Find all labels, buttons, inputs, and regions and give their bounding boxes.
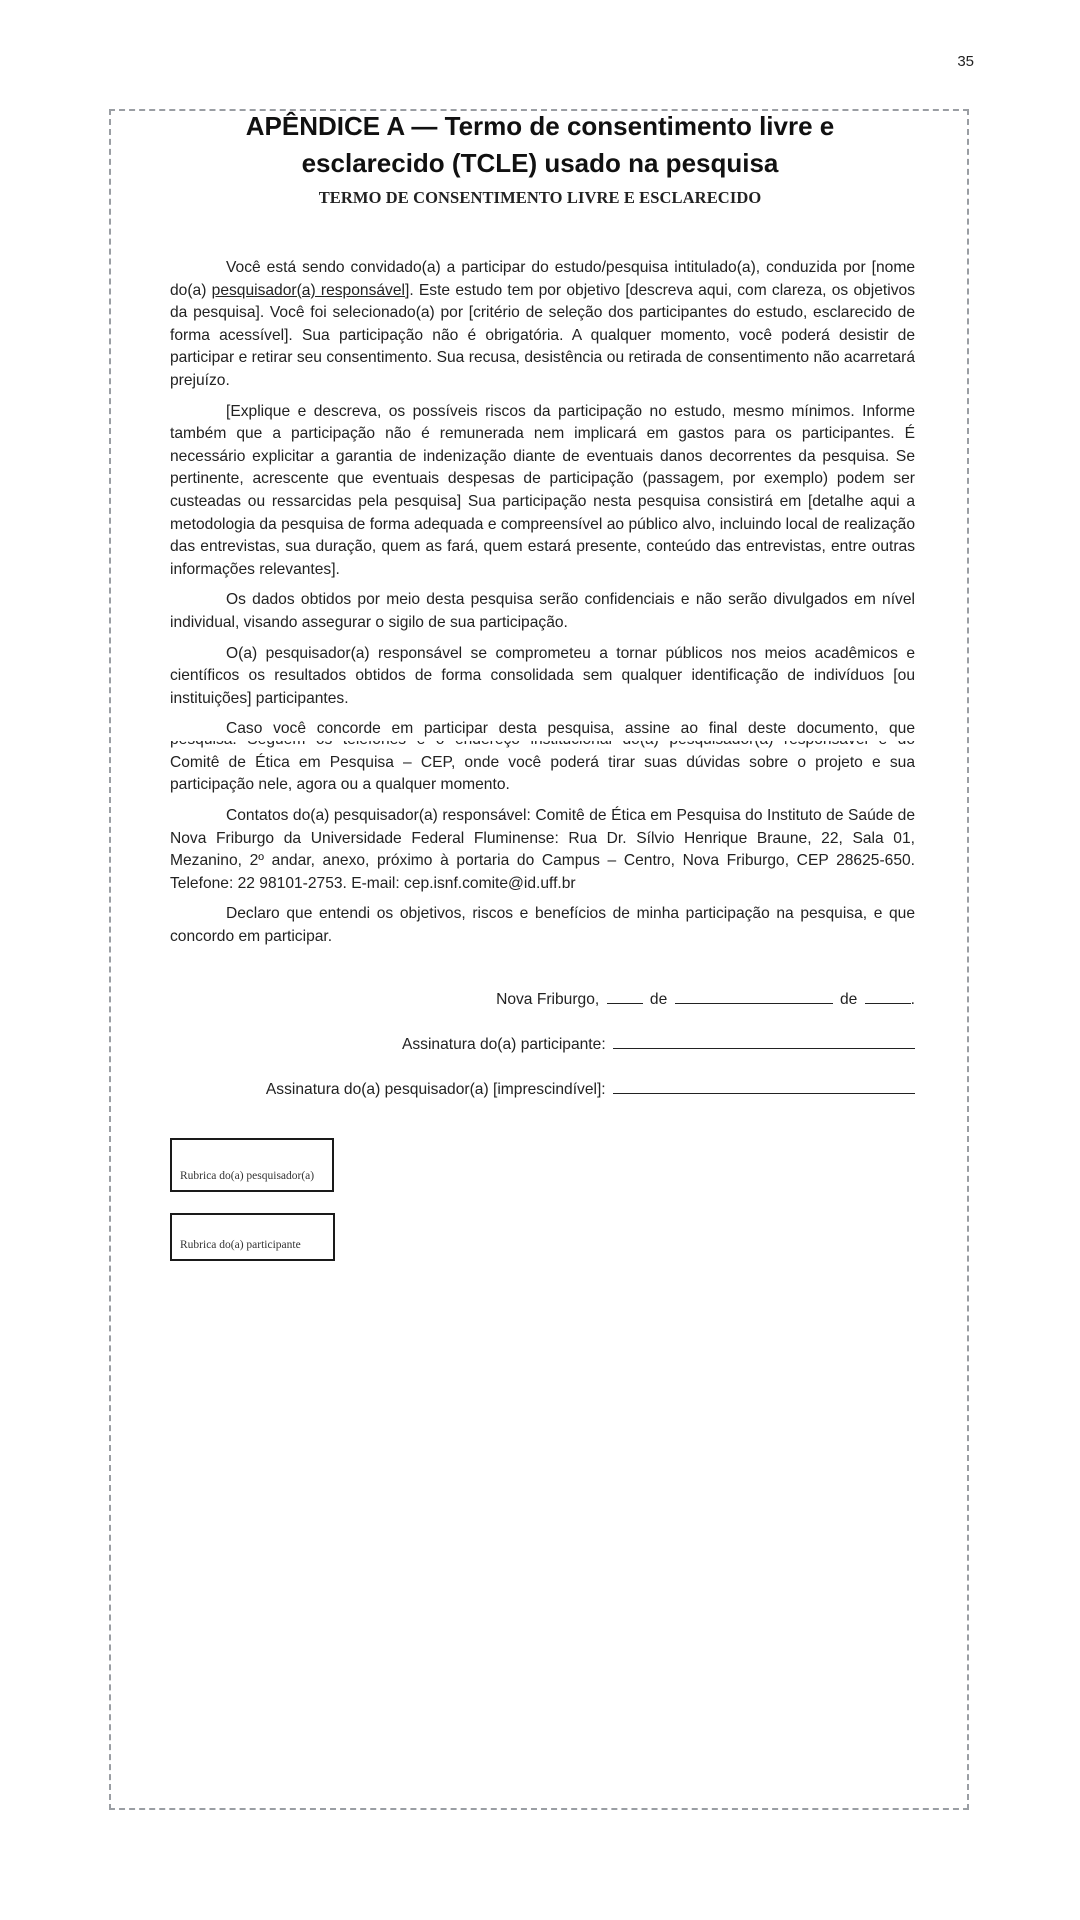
date-city: Nova Friburgo, <box>496 991 599 1008</box>
clipped-line: pesquisa. Seguem os telefones e o endere… <box>170 741 915 752</box>
document-subtitle: TERMO DE CONSENTIMENTO LIVRE E ESCLARECI… <box>110 188 970 208</box>
paragraph-contacts: Contatos do(a) pesquisador(a) responsáve… <box>170 805 915 895</box>
page-number: 35 <box>940 53 974 70</box>
date-de: de <box>840 991 857 1008</box>
researcher-signature-label: Assinatura do(a) pesquisador(a) [impresc… <box>266 1081 606 1098</box>
year-blank[interactable] <box>865 987 911 1004</box>
rubric-researcher-label: Rubrica do(a) pesquisador(a) <box>180 1170 314 1182</box>
rubric-box-researcher[interactable]: Rubrica do(a) pesquisador(a) <box>170 1138 334 1192</box>
paragraph-risks: [Explique e descreva, os possíveis risco… <box>170 401 915 582</box>
date-line: Nova Friburgo, de de . <box>496 987 915 1009</box>
rubric-box-participant[interactable]: Rubrica do(a) participante <box>170 1213 335 1261</box>
document-body: Você está sendo convidado(a) a participa… <box>170 257 915 957</box>
participant-signature-blank[interactable] <box>613 1032 915 1049</box>
paragraph-invitation: Você está sendo convidado(a) a participa… <box>170 257 915 393</box>
rubric-participant-label: Rubrica do(a) participante <box>180 1239 301 1251</box>
paragraph-agreement-cont: Comitê de Ética em Pesquisa – CEP, onde … <box>170 752 915 797</box>
day-blank[interactable] <box>607 987 643 1004</box>
paragraph-publication: O(a) pesquisador(a) responsável se compr… <box>170 643 915 711</box>
participant-signature-label: Assinatura do(a) participante: <box>402 1036 606 1053</box>
paragraph-confidentiality: Os dados obtidos por meio desta pesquisa… <box>170 589 915 634</box>
paragraph-agreement: Caso você concorde em participar desta p… <box>170 718 915 741</box>
date-period: . <box>911 991 915 1008</box>
paragraph-declaration: Declaro que entendi os objetivos, riscos… <box>170 903 915 948</box>
underlined-researcher: pesquisador(a) responsável <box>212 282 405 299</box>
researcher-signature-blank[interactable] <box>613 1077 915 1094</box>
date-de: de <box>650 991 667 1008</box>
researcher-signature-line: Assinatura do(a) pesquisador(a) [impresc… <box>266 1077 915 1099</box>
clipped-text: pesquisa. Seguem os telefones e o endere… <box>170 741 915 752</box>
participant-signature-line: Assinatura do(a) participante: <box>402 1032 915 1054</box>
month-blank[interactable] <box>675 987 833 1004</box>
paragraph-text: Caso você concorde em participar desta p… <box>226 720 915 737</box>
title-line-2: esclarecido (TCLE) usado na pesquisa <box>110 145 970 182</box>
appendix-title: APÊNDICE A — Termo de consentimento livr… <box>110 108 970 182</box>
title-line-1: APÊNDICE A — Termo de consentimento livr… <box>110 108 970 145</box>
